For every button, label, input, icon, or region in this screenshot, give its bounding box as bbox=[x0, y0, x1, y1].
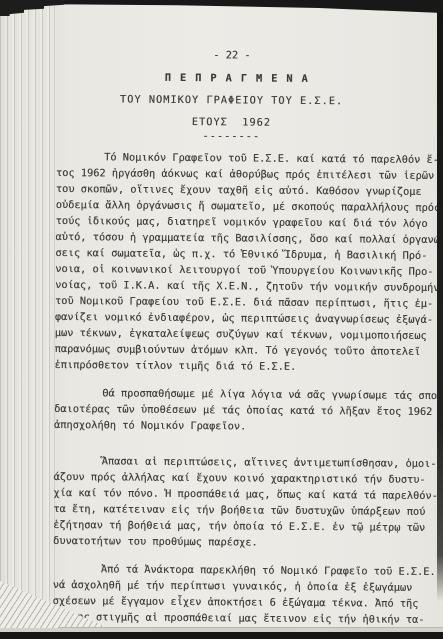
typewritten-text-block: - 22 - ΠΕΠΡΑΓΜΕΝΑ ΤΟΥ ΝΟΜΙΚΟΥ ΓΡΑΦΕΙΟΥ Τ… bbox=[52, 42, 443, 639]
document-title: ΠΕΠΡΑΓΜΕΝΑ bbox=[57, 69, 416, 88]
page-number: - 22 - bbox=[57, 46, 407, 65]
document-subtitle: ΤΟΥ ΝΟΜΙΚΟΥ ΓΡΑΦΕΙΟΥ ΤΟΥ Ε.Σ.Ε. bbox=[56, 91, 406, 110]
scan-border-bottom bbox=[0, 632, 443, 639]
dashed-divider: -------- bbox=[56, 129, 406, 144]
page-stack-left-edge bbox=[0, 4, 54, 629]
scan-border-top bbox=[0, 0, 443, 13]
paragraph-2: Θά προσπαθήσωμε μέ λίγα λόγια νά σᾶς γνω… bbox=[54, 385, 440, 436]
paragraph-3: Ἅπασαι αἱ περιπτώσεις, αἵτινες ἀντιμετωπ… bbox=[53, 453, 440, 552]
scanned-document-page: - 22 - ΠΕΠΡΑΓΜΕΝΑ ΤΟΥ ΝΟΜΙΚΟΥ ΓΡΑΦΕΙΟΥ Τ… bbox=[0, 0, 443, 639]
paragraph-1: Τό Νομικόν Γραφεῖον τοῦ Ε.Σ.Ε. καί κατά … bbox=[54, 149, 442, 376]
scan-border-right bbox=[437, 8, 443, 602]
